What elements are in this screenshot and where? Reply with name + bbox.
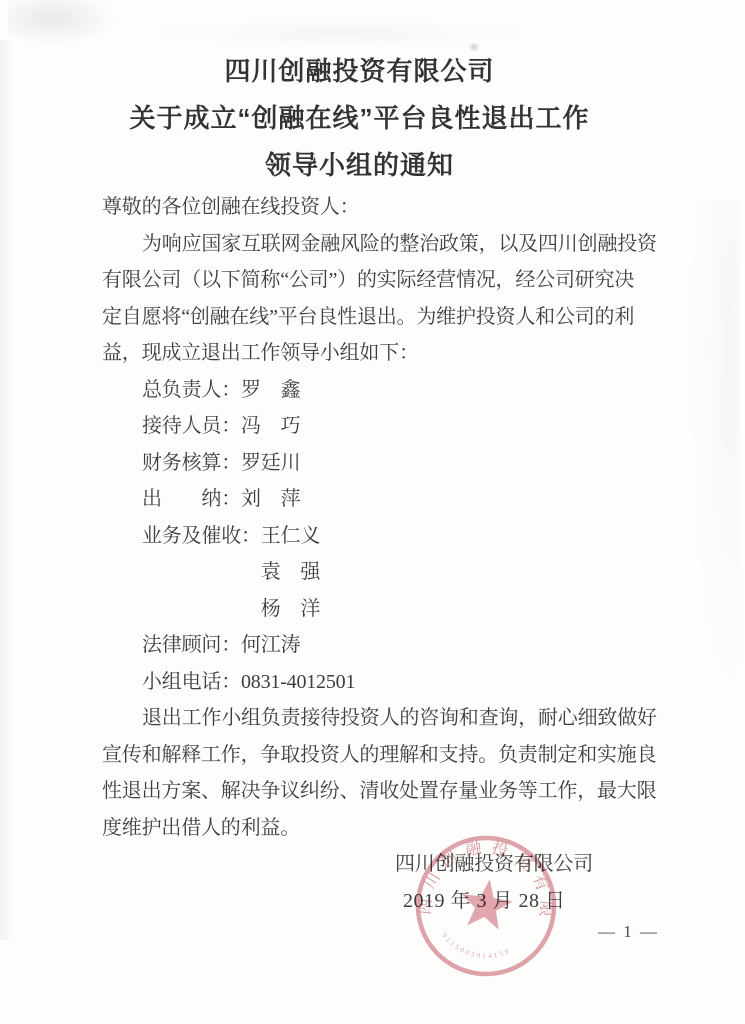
title-line-company: 四川创融投资有限公司 [84, 48, 635, 95]
paragraph-line: 定自愿将“创融在线”平台良性退出。为维护投资人和公司的利 [102, 299, 653, 336]
document-content: 四川创融投资有限公司 关于成立“创融在线”平台良性退出工作 领导小组的通知 尊敬… [0, 48, 745, 920]
title-line-notice: 领导小组的通知 [84, 142, 635, 189]
roster-line-leader: 总负责人：罗 鑫 [102, 372, 653, 409]
roster-line-cashier: 出 纳：刘 萍 [102, 481, 653, 518]
paragraph-line: 为响应国家互联网金融风险的整治政策，以及四川创融投资 [102, 226, 653, 263]
seal-code-arc-text: 9115005014159 [438, 931, 514, 964]
paragraph-line: 宣传和解释工作，争取投资人的理解和支持。负责制定和实施良 [102, 737, 653, 774]
roster-line-phone: 小组电话：0831-4012501 [102, 664, 653, 701]
roster-line-legal: 法律顾问：何江涛 [102, 627, 653, 664]
paragraph-line: 退出工作小组负责接待投资人的咨询和查询，耐心细致做好 [102, 700, 653, 737]
page-number: — 1 — [598, 922, 659, 942]
paragraph-line: 性退出方案、解决争议纠纷、清收处置存量业务等工作，最大限 [102, 773, 653, 810]
scanned-notice-page: 四川创融投资有限公司 关于成立“创融在线”平台良性退出工作 领导小组的通知 尊敬… [0, 0, 745, 1024]
roster-line-reception: 接待人员：冯 巧 [102, 408, 653, 445]
signature-date: 2019 年 3 月 28 日 [395, 883, 653, 920]
signature-company: 四川创融投资有限公司 [395, 846, 653, 883]
signature-block: 四川创融投资有限公司 2019 年 3 月 28 日 [395, 846, 653, 920]
document-body: 尊敬的各位创融在线投资人： 为响应国家互联网金融风险的整治政策，以及四川创融投资… [102, 189, 653, 920]
roster-line-collection: 业务及催收：王仁义 [102, 518, 653, 555]
svg-text:9115005014159: 9115005014159 [438, 931, 514, 964]
paragraph-line: 度维护出借人的利益。 [102, 810, 653, 847]
paragraph-line: 有限公司（以下简称“公司”）的实际经营情况，经公司研究决 [102, 262, 653, 299]
salutation: 尊敬的各位创融在线投资人： [102, 189, 653, 226]
document-title: 四川创融投资有限公司 关于成立“创融在线”平台良性退出工作 领导小组的通知 [84, 48, 635, 189]
scan-smudge [160, 20, 520, 46]
scan-smudge [8, 0, 118, 46]
roster-line-accounting: 财务核算：罗廷川 [102, 445, 653, 482]
roster-line-collection-2: 袁 强 [102, 554, 653, 591]
paragraph-line: 益，现成立退出工作领导小组如下： [102, 335, 653, 372]
title-line-subject: 关于成立“创融在线”平台良性退出工作 [84, 95, 635, 142]
roster-line-collection-3: 杨 洋 [102, 591, 653, 628]
